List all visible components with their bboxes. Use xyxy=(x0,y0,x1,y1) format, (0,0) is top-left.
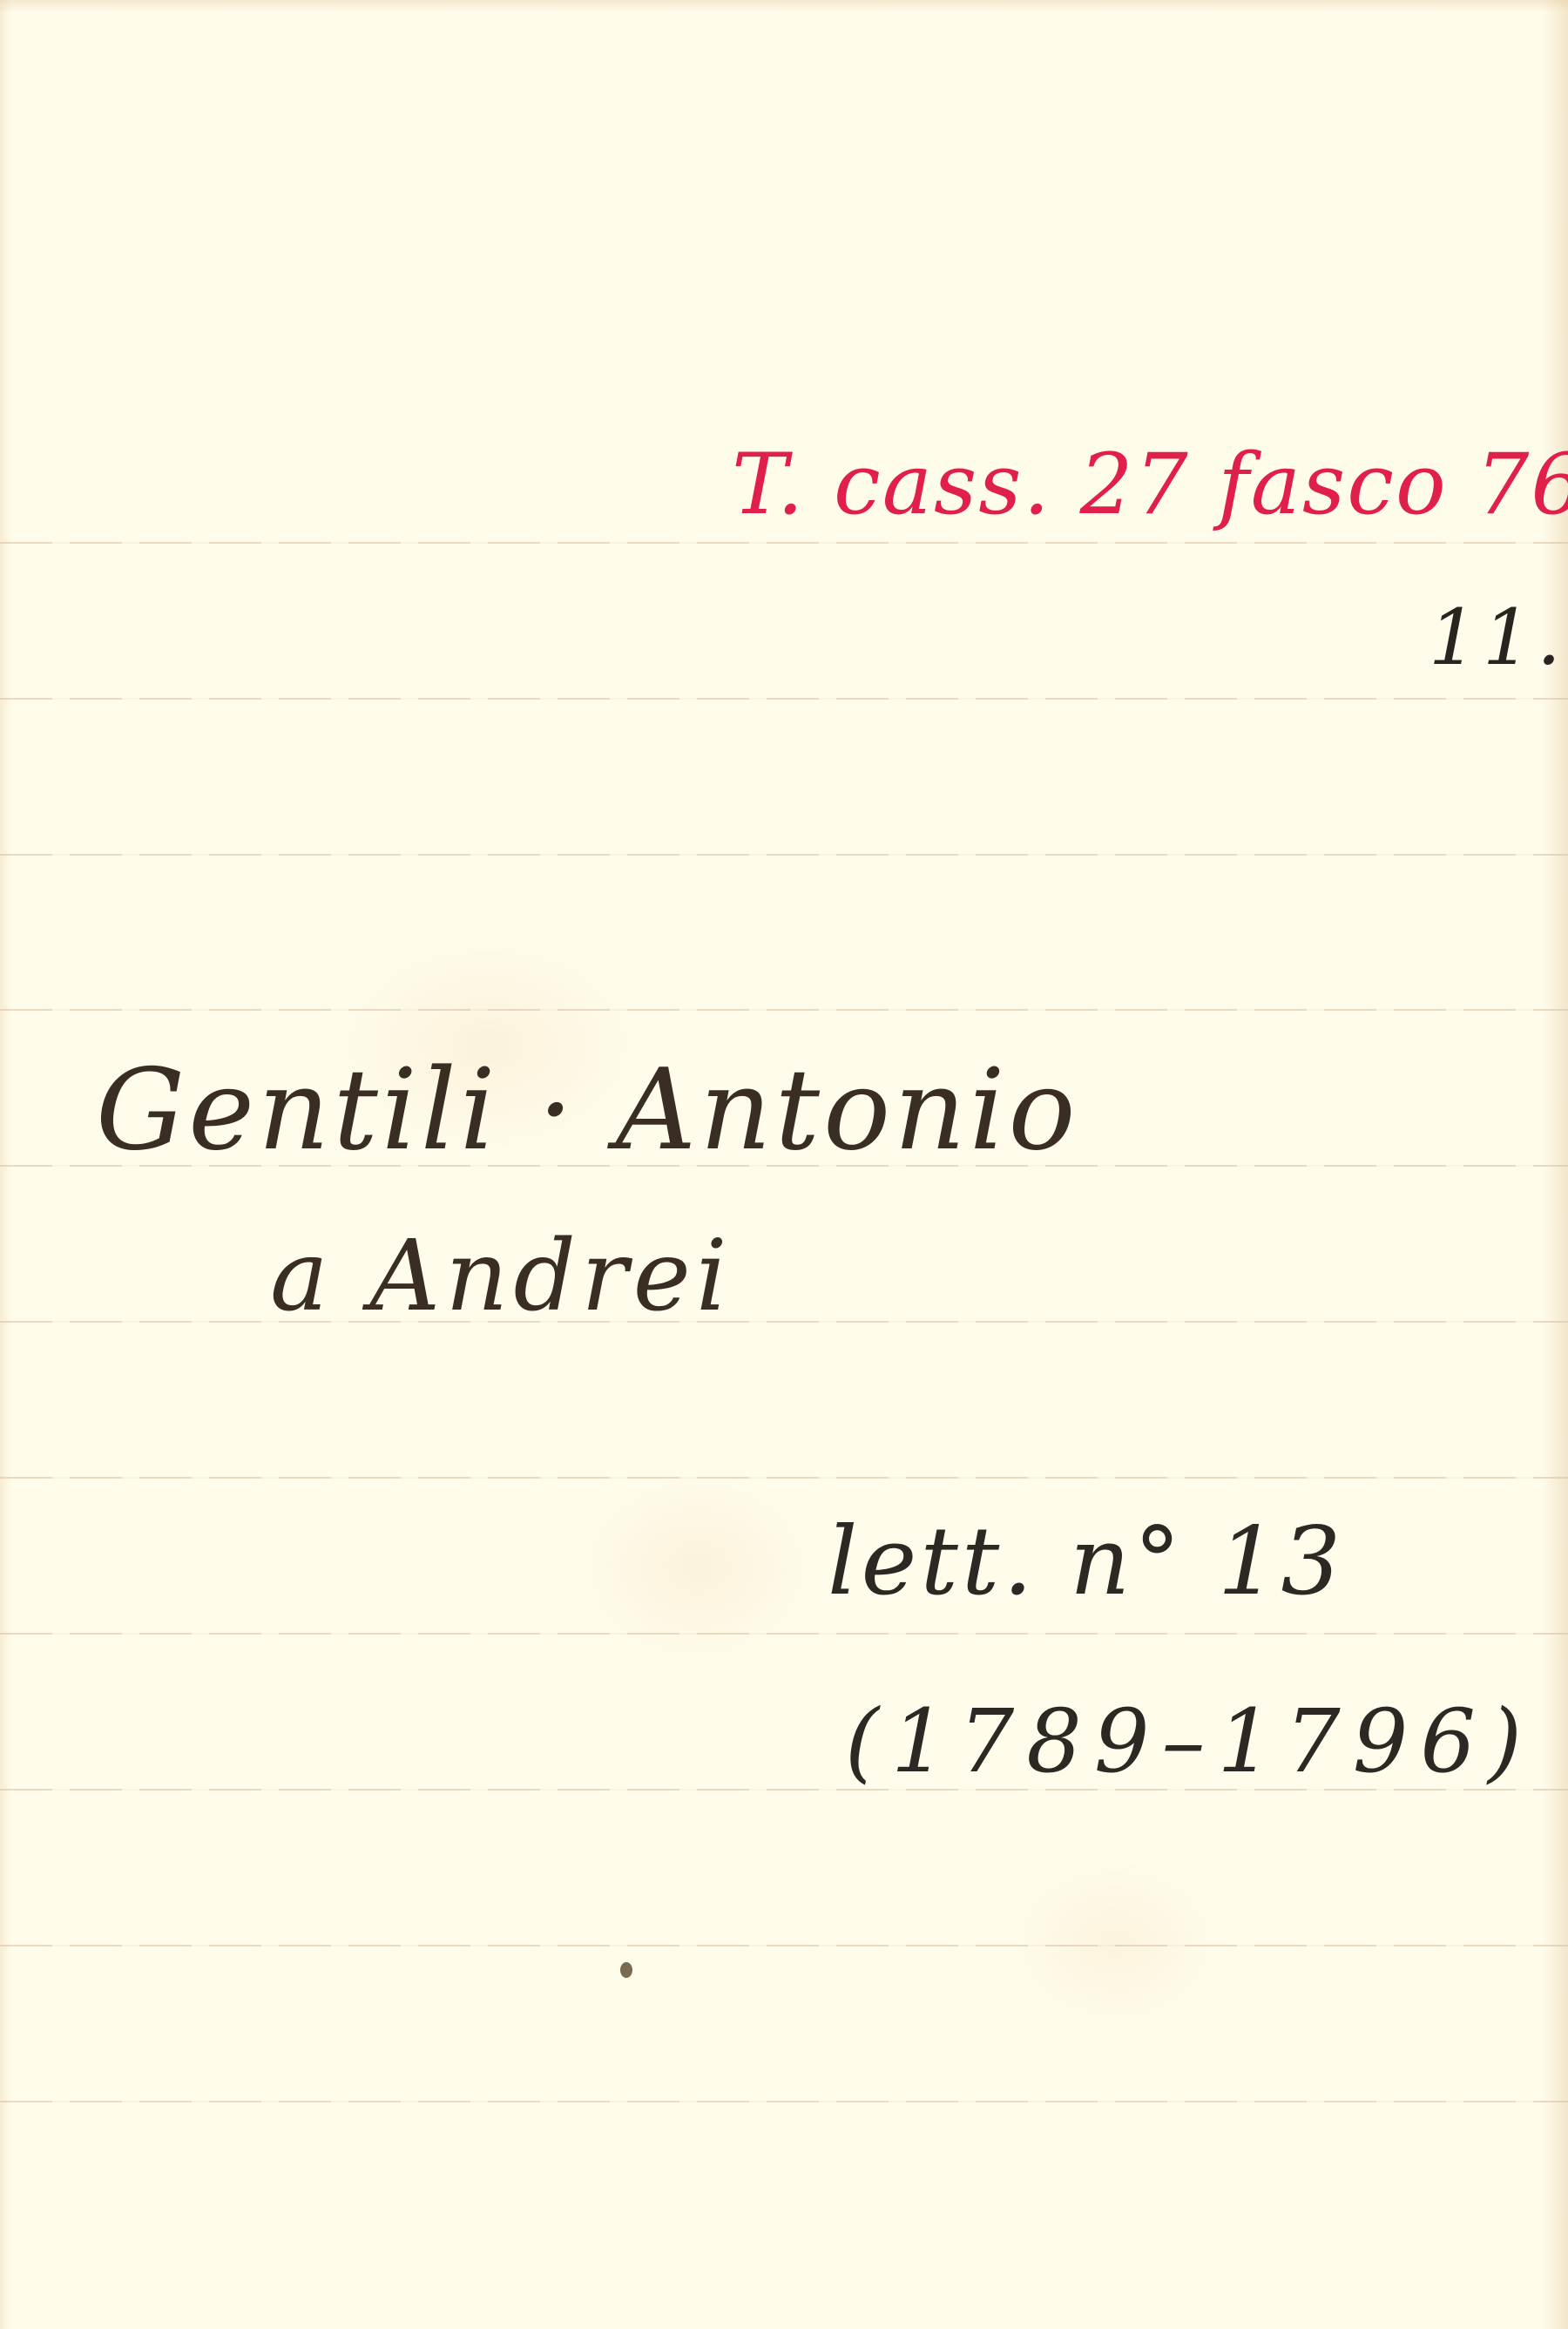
correspondent-name: Gentili · Antonio xyxy=(96,1046,1079,1175)
ink-spot xyxy=(620,1962,632,1978)
shelfmark-annotation: T. cass. 27 fasco 76. xyxy=(732,436,1568,533)
date-range: (1789–1796) xyxy=(845,1690,1534,1792)
ruled-line xyxy=(0,1009,1568,1011)
recipient-line: a Andrei xyxy=(270,1220,733,1333)
ruled-line xyxy=(0,1945,1568,1946)
index-card: T. cass. 27 fasco 76. 11. Gentili · Anto… xyxy=(0,0,1568,2329)
ruled-line xyxy=(0,854,1568,856)
item-number: 11. xyxy=(1429,592,1566,682)
letter-count: lett. n° 13 xyxy=(828,1507,1344,1616)
ruled-line xyxy=(0,2101,1568,2102)
ruled-line xyxy=(0,1321,1568,1323)
ruled-line xyxy=(0,1477,1568,1479)
ruled-line xyxy=(0,542,1568,544)
ruled-line xyxy=(0,698,1568,700)
ruled-line xyxy=(0,1633,1568,1635)
